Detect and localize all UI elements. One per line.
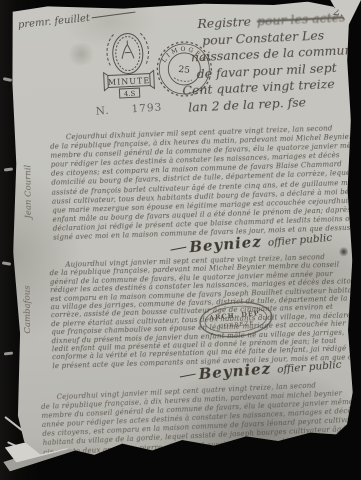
signature-flourish <box>180 374 196 378</box>
entry-number-year: 1793 <box>131 101 162 115</box>
binding-stitch <box>2 261 11 266</box>
pen-flourish <box>91 7 135 19</box>
spacer <box>110 112 132 113</box>
binding-stitch <box>4 352 13 356</box>
fiscal-stamp-minute: MINUTE 4.S <box>100 23 157 103</box>
entry-number-prefix: N. <box>95 105 110 118</box>
signature-name: Beyniez <box>189 232 263 256</box>
binding-stitch <box>4 167 13 171</box>
margin-note-2: Cambafous <box>23 285 34 333</box>
signature-flourish <box>170 247 186 251</box>
fiscal-stamp-value-text: 4.S <box>124 90 136 99</box>
register-page: premr. feuillet 2. N.1793 MINUTE 4.S <box>6 0 357 462</box>
entry-number: N.1793 <box>95 101 162 117</box>
signature-title: offier public <box>277 359 342 376</box>
binding-stitch <box>3 77 12 82</box>
margin-note-1: Jean Cournil <box>23 165 34 219</box>
fiscal-stamp-banner-text: MINUTE <box>108 76 151 87</box>
folio-note-text: premr. feuillet <box>18 13 91 31</box>
signature-name: Beyniez <box>198 359 272 383</box>
title-struck-words: pour les actes <box>257 9 346 28</box>
paper-smudge <box>66 43 96 65</box>
register-title: Registrepour les actes pour Constater Le… <box>179 9 351 116</box>
title-word-registre: Registre <box>197 14 251 31</box>
archive-oval-stamp: ARCH. DÉP. CORRÈZE <box>195 296 277 343</box>
signature-title: offier public <box>267 232 332 249</box>
